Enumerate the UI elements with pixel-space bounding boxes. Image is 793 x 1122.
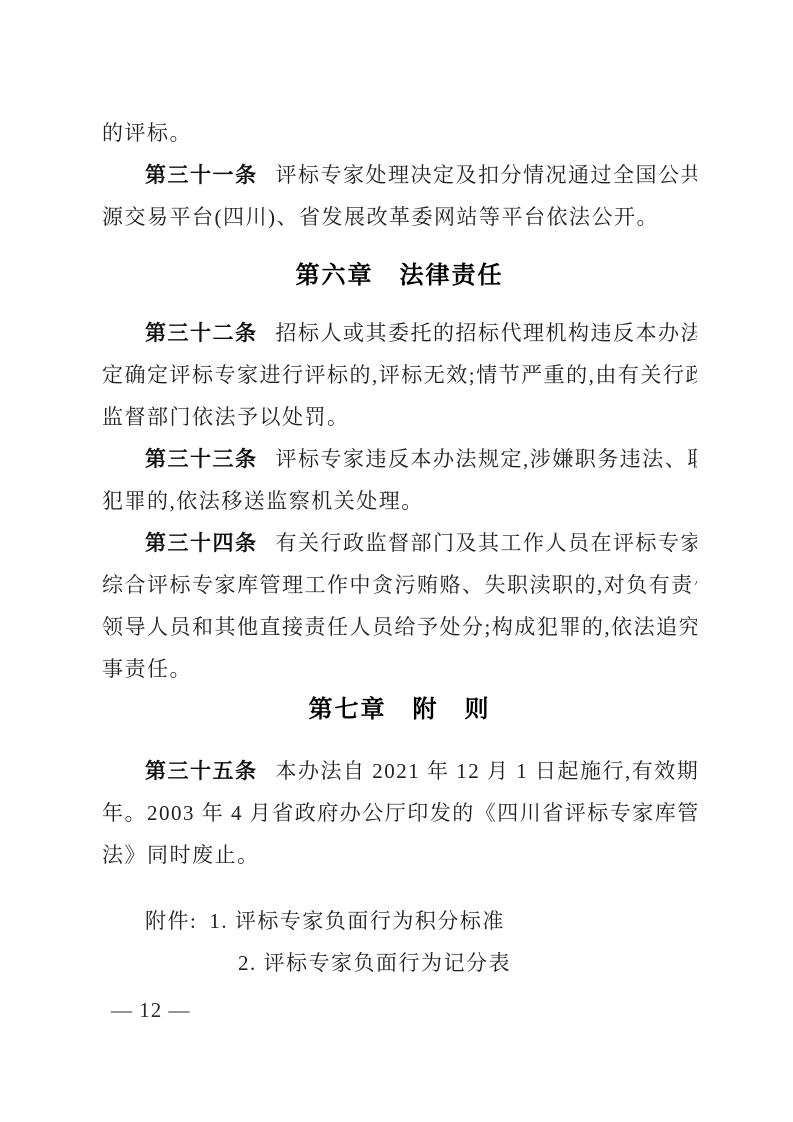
- article-34-line-3: 领导人员和其他直接责任人员给予处分;构成犯罪的,依法追究刑: [102, 606, 697, 648]
- attachments-label: 附件:: [145, 909, 197, 933]
- attachments-block: 附件:1. 评标专家负面行为积分标准 2. 评标专家负面行为记分表: [102, 900, 697, 984]
- article-33-number: 第三十三条: [145, 448, 258, 471]
- article-31-text: 评标专家处理决定及扣分情况通过全国公共资: [276, 163, 698, 187]
- page-number-footer: — 12 —: [111, 997, 191, 1023]
- article-32-line-2: 定确定评标专家进行评标的,评标无效;情节严重的,由有关行政: [102, 354, 697, 396]
- attachment-item-1: 1. 评标专家负面行为积分标准: [209, 909, 505, 933]
- article-31: 第三十一条评标专家处理决定及扣分情况通过全国公共资 源交易平台(四川)、省发展改…: [102, 154, 697, 238]
- article-34-line-2: 综合评标专家库管理工作中贪污贿赂、失职渎职的,对负有责任的: [102, 564, 697, 606]
- chapter-6-heading: 第六章 法律责任: [102, 258, 697, 294]
- article-32-number: 第三十二条: [145, 322, 258, 345]
- document-page: 的评标。 第三十一条评标专家处理决定及扣分情况通过全国公共资 源交易平台(四川)…: [0, 0, 793, 1122]
- article-34-text: 有关行政监督部门及其工作人员在评标专家和: [276, 531, 698, 555]
- article-31-line-2: 源交易平台(四川)、省发展改革委网站等平台依法公开。: [102, 196, 697, 238]
- article-35-line-3: 法》同时废止。: [102, 834, 697, 876]
- article-33: 第三十三条评标专家违反本办法规定,涉嫌职务违法、职务 犯罪的,依法移送监察机关处…: [102, 438, 697, 522]
- article-35-text: 本办法自 2021 年 12 月 1 日起施行,有效期 5: [276, 759, 698, 783]
- page-content: 的评标。 第三十一条评标专家处理决定及扣分情况通过全国公共资 源交易平台(四川)…: [102, 112, 697, 984]
- article-31-line-1: 第三十一条评标专家处理决定及扣分情况通过全国公共资: [102, 154, 697, 196]
- article-31-number: 第三十一条: [145, 164, 258, 187]
- attachment-line-2: 2. 评标专家负面行为记分表: [102, 942, 697, 984]
- article-35: 第三十五条本办法自 2021 年 12 月 1 日起施行,有效期 5 年。200…: [102, 750, 697, 876]
- article-32-text: 招标人或其委托的招标代理机构违反本办法规: [276, 321, 698, 345]
- article-32-line-1: 第三十二条招标人或其委托的招标代理机构违反本办法规: [102, 312, 697, 354]
- paragraph-continuation-line: 的评标。: [102, 112, 697, 154]
- attachment-item-2: 2. 评标专家负面行为记分表: [238, 951, 511, 975]
- article-35-line-2: 年。2003 年 4 月省政府办公厅印发的《四川省评标专家库管理办: [102, 792, 697, 834]
- chapter-7-heading: 第七章 附 则: [102, 692, 697, 728]
- article-34-number: 第三十四条: [145, 532, 258, 555]
- article-33-line-1: 第三十三条评标专家违反本办法规定,涉嫌职务违法、职务: [102, 438, 697, 480]
- article-34-line-4: 事责任。: [102, 648, 697, 690]
- article-34: 第三十四条有关行政监督部门及其工作人员在评标专家和 综合评标专家库管理工作中贪污…: [102, 522, 697, 690]
- attachment-line-1: 附件:1. 评标专家负面行为积分标准: [102, 900, 697, 942]
- article-33-line-2: 犯罪的,依法移送监察机关处理。: [102, 480, 697, 522]
- article-34-line-1: 第三十四条有关行政监督部门及其工作人员在评标专家和: [102, 522, 697, 564]
- article-32-line-3: 监督部门依法予以处罚。: [102, 396, 697, 438]
- article-35-number: 第三十五条: [145, 760, 258, 783]
- article-32: 第三十二条招标人或其委托的招标代理机构违反本办法规 定确定评标专家进行评标的,评…: [102, 312, 697, 438]
- article-35-line-1: 第三十五条本办法自 2021 年 12 月 1 日起施行,有效期 5: [102, 750, 697, 792]
- article-33-text: 评标专家违反本办法规定,涉嫌职务违法、职务: [276, 447, 698, 471]
